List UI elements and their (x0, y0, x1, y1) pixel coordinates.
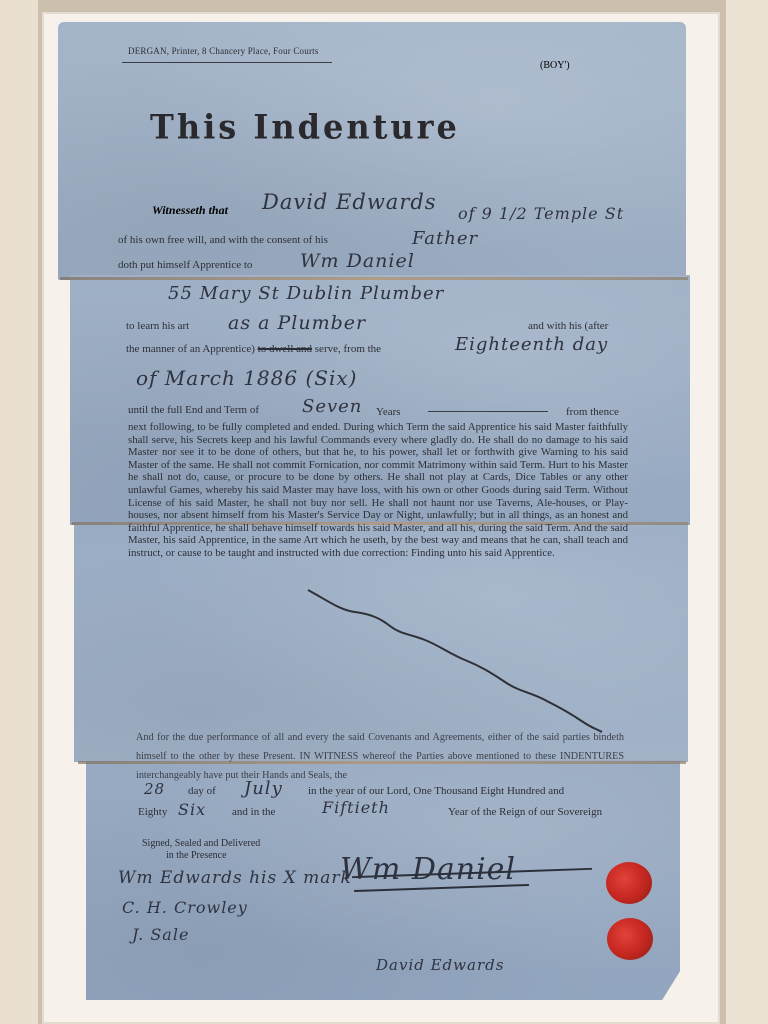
performance-text: And for the due performance of all and e… (136, 728, 624, 785)
witnesseth-label: Witnesseth that (152, 203, 228, 218)
apprentice-signature: David Edwards (376, 956, 504, 974)
start-day: Eighteenth day (455, 334, 608, 355)
learn-art-label: to learn his art (126, 320, 189, 332)
apprentice-address: of 9 1/2 Temple St (458, 204, 624, 223)
manner-label: the manner of an Apprentice) to dwell an… (126, 343, 381, 355)
manner-label-end: serve, from the (315, 343, 381, 355)
blank-line (428, 411, 548, 412)
covenant-text: next following, to be fully completed an… (128, 421, 628, 560)
eighty-label: Eighty (138, 806, 167, 818)
presence-label: in the Presence (166, 850, 227, 861)
year-label: in the year of our Lord, One Thousand Ei… (308, 785, 564, 797)
start-month-year: of March 1886 (Six) (136, 366, 357, 390)
printer-underline (122, 62, 332, 63)
document-title: This Indenture (150, 107, 460, 147)
signed-label: Signed, Sealed and Delivered (142, 838, 260, 849)
master-address: 55 Mary St Dublin Plumber (168, 283, 444, 304)
thence-label: from thence (566, 406, 619, 418)
manner-label-start: the manner of an Apprentice) (126, 343, 255, 355)
after-label: and with his (after (528, 320, 608, 332)
witness-signature-3: J. Sale (132, 925, 189, 944)
cancel-wavy-line (300, 588, 610, 738)
master-signature: Wm Daniel (340, 852, 516, 887)
master-name: Wm Daniel (300, 250, 415, 272)
witness-signature-mark: Wm Edwards his X mark (118, 868, 352, 888)
apprentice-to-label: doth put himself Apprentice to (118, 259, 252, 271)
wax-seal (607, 918, 653, 960)
years-label: Years (376, 406, 401, 418)
year-digit: Six (178, 800, 206, 819)
apprentice-name: David Edwards (262, 190, 437, 214)
reign-end-label: Year of the Reign of our Sovereign (448, 806, 602, 818)
struck-text: to dwell and (258, 343, 312, 355)
form-type-label: (BOY') (540, 60, 570, 71)
printer-line: DERGAN, Printer, 8 Chancery Place, Four … (128, 46, 319, 56)
consent-label: of his own free will, and with the conse… (118, 234, 328, 246)
witness-signature-2: C. H. Crowley (122, 898, 248, 917)
reign-year: Fiftieth (322, 798, 390, 817)
term-label: until the full End and Term of (128, 404, 259, 416)
consent-of: Father (412, 228, 478, 249)
fold-crease (60, 277, 688, 280)
reign-mid-label: and in the (232, 806, 275, 818)
wax-seal (606, 862, 652, 904)
month: July (244, 778, 283, 799)
day-of-label: day of (188, 785, 216, 797)
day-number: 28 (144, 780, 165, 798)
art-trade: as a Plumber (228, 312, 366, 334)
term-years: Seven (302, 396, 362, 417)
